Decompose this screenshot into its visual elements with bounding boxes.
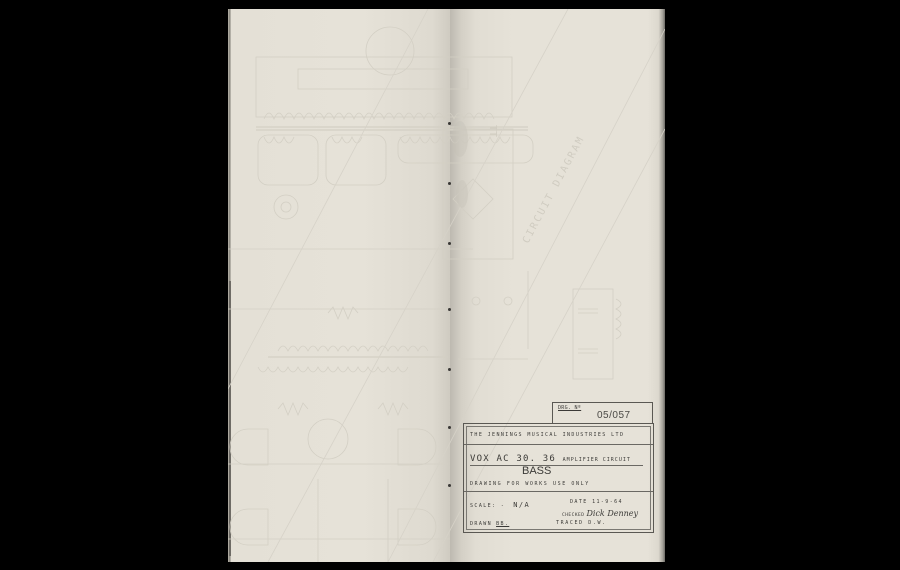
checked-field: CHECKEDDick Denney [562, 509, 638, 518]
traced-label: TRACED [556, 520, 584, 526]
booklet-spread: CIRCUIT DIAGRAM TT DRG. Nº 05/057 THE JE… [228, 9, 665, 562]
scale-label: SCALE: - [470, 503, 505, 509]
checked-signature: Dick Denney [586, 509, 638, 518]
title-underline [470, 465, 643, 466]
company-name: THE JENNINGS MUSICAL INDUSTRIES LTD [470, 432, 624, 438]
checked-label: CHECKED [562, 513, 584, 518]
drawing-number-value: 05/057 [597, 410, 631, 421]
drawn-label: DRAWN [470, 521, 492, 527]
traced-value: D.W. [588, 520, 606, 526]
date-label: DATE [570, 499, 588, 505]
divider [464, 444, 653, 445]
drawing-variant: BASS [522, 465, 551, 477]
date-field: DATE 11-9-64 [570, 499, 623, 505]
drawing-title-sub: AMPLIFIER CIRCUIT [563, 457, 631, 463]
scale-field: SCALE: -N/A [470, 501, 530, 509]
drawing-title-main: VOX AC 30. 36 [470, 454, 556, 464]
drawing-title: VOX AC 30. 36 AMPLIFIER CIRCUIT [470, 454, 631, 464]
scale-value: N/A [513, 501, 530, 509]
drawing-number-label: DRG. Nº [558, 405, 581, 411]
title-block-main: THE JENNINGS MUSICAL INDUSTRIES LTD VOX … [463, 423, 654, 533]
use-note: DRAWING FOR WORKS USE ONLY [470, 481, 590, 487]
drawing-title-block: DRG. Nº 05/057 THE JENNINGS MUSICAL INDU… [228, 9, 665, 562]
drawn-field: DRAWNBB. [470, 521, 509, 527]
divider [464, 491, 653, 492]
date-value: 11-9-64 [592, 499, 623, 505]
traced-field: TRACED D.W. [556, 520, 607, 526]
drawn-value: BB. [496, 521, 509, 527]
drawing-number-box: DRG. Nº 05/057 [552, 402, 653, 424]
